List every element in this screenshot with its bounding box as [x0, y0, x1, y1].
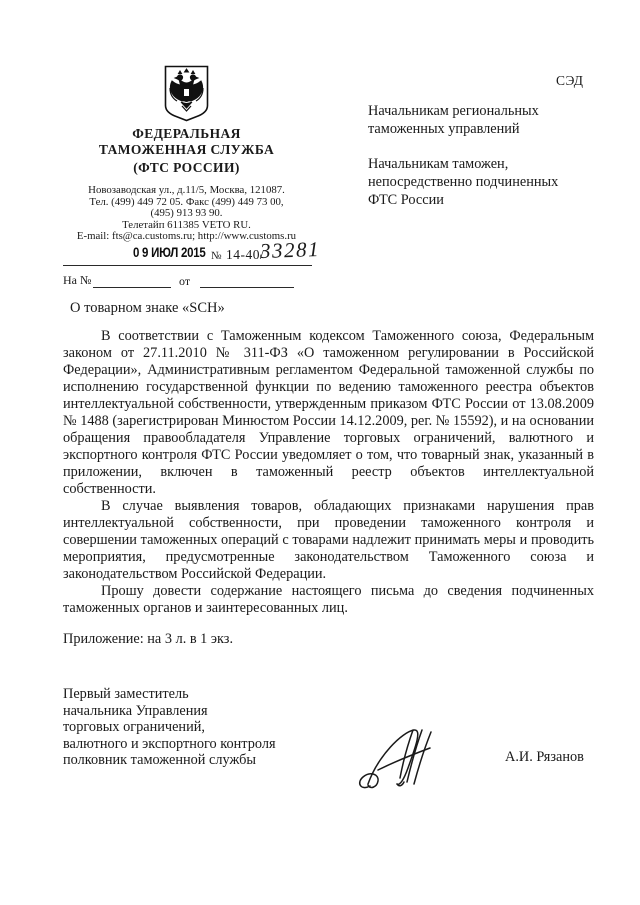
- reply-date-blank-line: [200, 287, 294, 288]
- handwritten-signature-icon: [350, 722, 455, 800]
- outgoing-number: 14-40/: [226, 247, 264, 263]
- recipient-line: ФТС России: [368, 191, 558, 209]
- recipient-group-customs: Начальникам таможен, непосредственно под…: [368, 155, 558, 209]
- reply-to-number-label: На №: [63, 273, 91, 288]
- number-underline: [63, 265, 312, 266]
- subject-line: О товарном знаке «SCH»: [70, 300, 225, 317]
- signer-position-line: Первый заместитель: [63, 686, 276, 703]
- letter-body: В соответствии с Таможенным кодексом Там…: [63, 328, 594, 648]
- handwritten-number: 33281: [260, 237, 321, 264]
- reply-from-date-label: от: [179, 274, 190, 289]
- recipient-line: Начальникам таможен,: [368, 155, 558, 173]
- recipient-group-regional: Начальникам региональных таможенных упра…: [368, 102, 558, 138]
- signer-position-line: валютного и экспортного контроля: [63, 736, 276, 753]
- recipients-block: Начальникам региональных таможенных упра…: [368, 102, 558, 209]
- date-stamp: 0 9 ИЮЛ 2015: [133, 245, 206, 260]
- body-paragraph-3: Прошу довести содержание настоящего пись…: [63, 583, 594, 617]
- signer-position-line: торговых ограничений,: [63, 719, 276, 736]
- reply-number-blank-line: [93, 287, 171, 288]
- number-sign: №: [211, 250, 222, 262]
- recipient-line: непосредственно подчиненных: [368, 173, 558, 191]
- recipient-line: таможенных управлений: [368, 120, 558, 138]
- recipient-line: Начальникам региональных: [368, 102, 558, 120]
- address-line: Новозаводская ул., д.11/5, Москва, 12108…: [63, 185, 310, 197]
- coat-of-arms-icon: [163, 64, 210, 122]
- body-paragraph-2: В случае выявления товаров, обладающих п…: [63, 498, 594, 583]
- attachment-note: Приложение: на 3 л. в 1 экз.: [63, 631, 594, 648]
- body-paragraph-1: В соответствии с Таможенным кодексом Там…: [63, 328, 594, 498]
- letterhead: ФЕДЕРАЛЬНАЯ ТАМОЖЕННАЯ СЛУЖБА (ФТС РОССИ…: [63, 64, 310, 243]
- sed-mark: СЭД: [556, 73, 584, 89]
- signer-position-line: полковник таможенной службы: [63, 752, 276, 769]
- signer-name: А.И. Рязанов: [505, 749, 584, 766]
- org-abbreviation: (ФТС РОССИИ): [63, 160, 310, 176]
- signer-position-line: начальника Управления: [63, 703, 276, 720]
- signer-position-block: Первый заместитель начальника Управления…: [63, 686, 276, 769]
- org-name-line2: ТАМОЖЕННАЯ СЛУЖБА: [63, 142, 310, 158]
- org-address-block: Новозаводская ул., д.11/5, Москва, 12108…: [63, 185, 310, 243]
- document-page: ФЕДЕРАЛЬНАЯ ТАМОЖЕННАЯ СЛУЖБА (ФТС РОССИ…: [0, 0, 640, 905]
- org-name-line1: ФЕДЕРАЛЬНАЯ: [63, 126, 310, 142]
